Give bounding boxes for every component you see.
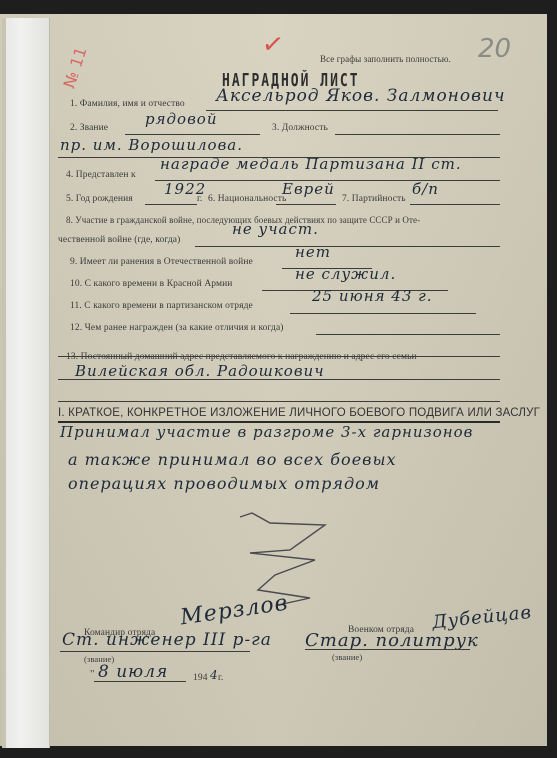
fill-all-note: Все графы заполнить полностью. [320, 54, 451, 64]
binding-strip [2, 18, 50, 748]
field-5-label: 5. Год рождения [66, 194, 133, 204]
commissar-rank-value[interactable]: Стар. политрук [305, 630, 479, 651]
date-day-month[interactable]: 8 июля [98, 662, 168, 682]
date-open-quote: " [90, 668, 95, 680]
field-12-label: 12. Чем ранее награжден (за какие отличи… [70, 323, 284, 333]
field-13-label: 13. Постоянный домашний адрес представля… [66, 352, 417, 362]
commissar-rank-line [305, 649, 470, 650]
red-check-mark: ✓ [260, 29, 286, 62]
field-8-line [195, 246, 500, 247]
date-year-suffix: г. [218, 673, 223, 683]
field-11-label: 11. С какого времени в партизанском отря… [70, 301, 253, 311]
field-1-label: 1. Фамилия, имя и отчество [70, 99, 185, 109]
field-13-line [58, 379, 500, 380]
field-11-line [290, 313, 476, 314]
field-4-label: 4. Представлен к [66, 170, 136, 180]
field-13-extra-line [58, 401, 500, 402]
field-2-value-continued[interactable]: пр. им. Ворошилова. [60, 136, 243, 154]
commander-rank-line [60, 651, 250, 652]
page-number: 20 [478, 34, 511, 64]
field-13-value[interactable]: Вилейская обл. Радошкович [75, 362, 325, 380]
field-2-value[interactable]: рядовой [145, 110, 218, 128]
feat-line-3[interactable]: операциях проводимых отрядом [68, 474, 380, 493]
field-9-label: 9. Имеет ли ранения в Отечественной войн… [70, 257, 253, 267]
field-7-line [410, 204, 500, 205]
field-3-label: 3. Должность [272, 123, 328, 133]
field-6-label: 6. Национальность [208, 194, 286, 204]
field-2-line [125, 134, 260, 135]
field-9-value[interactable]: нет [295, 243, 331, 261]
field-7-label: 7. Партийность [342, 194, 406, 204]
field-5-line [145, 204, 197, 205]
field-4-value[interactable]: награде медаль Партизана II ст. [160, 155, 462, 173]
feat-heading: I. КРАТКОЕ, КОНКРЕТНОЕ ИЗЛОЖЕНИЕ ЛИЧНОГО… [58, 407, 540, 419]
field-8-value[interactable]: не участ. [232, 220, 319, 238]
field-10-value[interactable]: не служил. [295, 265, 396, 283]
field-8-label-continued: чественной войне (где, когда) [58, 235, 180, 245]
field-6-value[interactable]: Еврей [282, 180, 335, 198]
field-1-line [206, 110, 498, 111]
field-1-value[interactable]: Аксельрод Яков. Залмонович [216, 86, 506, 106]
date-line [94, 681, 186, 682]
date-year-prefix: 194 [193, 673, 208, 683]
field-10-label: 10. С какого времени в Красной Армии [70, 279, 232, 289]
feat-line-2[interactable]: а также принимал во всех боевых [68, 450, 397, 469]
field-6-line [276, 204, 336, 205]
field-12-line [316, 334, 500, 335]
field-5-suffix: г. [197, 194, 202, 204]
feat-line-1[interactable]: Принимал участие в разгроме 3-х гарнизон… [60, 423, 473, 441]
commissar-rank-caption: (звание) [332, 652, 362, 662]
field-2-label: 2. Звание [70, 123, 108, 133]
field-7-value[interactable]: б/п [412, 180, 439, 198]
field-3-line [335, 134, 500, 135]
commander-rank-value[interactable]: Ст. инженер III р-га [62, 630, 272, 650]
field-11-value[interactable]: 25 июня 43 г. [312, 287, 433, 305]
